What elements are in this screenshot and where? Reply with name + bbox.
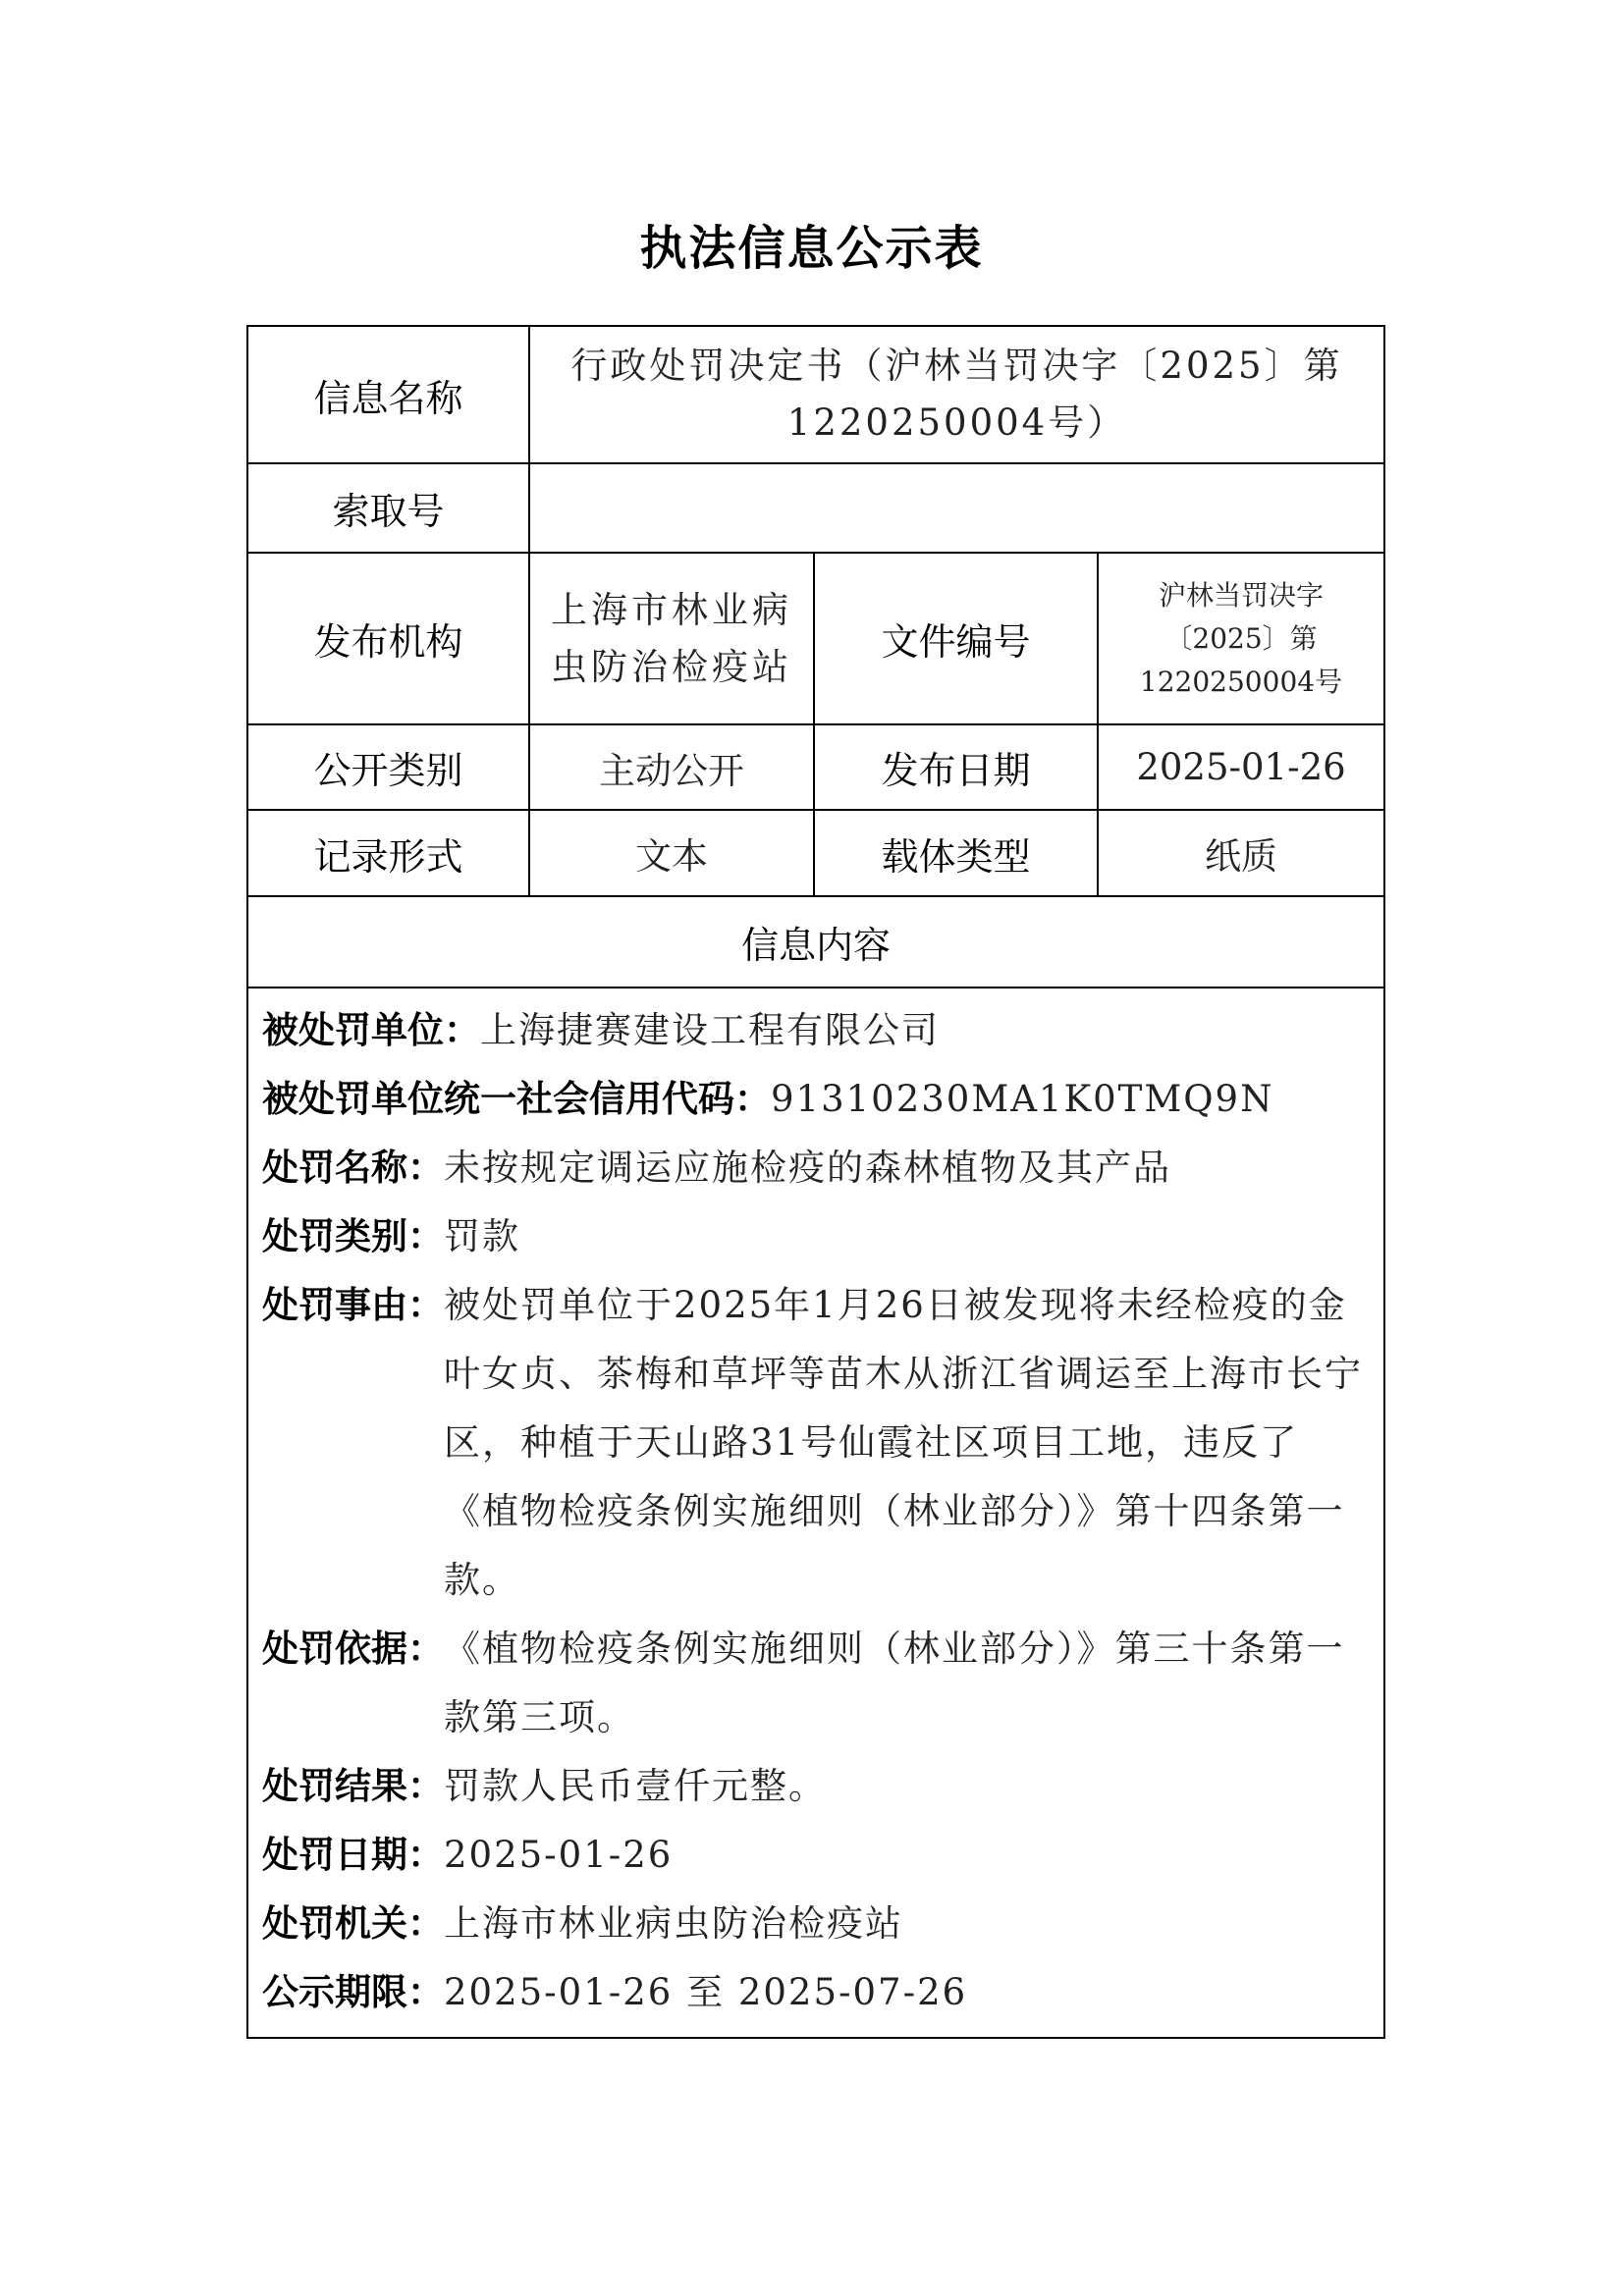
penalty-authority-value: 上海市林业病虫防治检疫站 [444, 1890, 903, 1958]
penalty-basis: 处罚依据： 《植物检疫条例实施细则（林业部分）》第三十条第一款第三项。 [262, 1615, 1370, 1752]
publicity-period-label: 公示期限： [262, 1958, 444, 2027]
penalty-category-value: 罚款 [444, 1202, 520, 1271]
penalty-date-label: 处罚日期： [262, 1821, 444, 1890]
record-form-label: 记录形式 [247, 810, 529, 896]
penalty-date: 处罚日期： 2025-01-26 [262, 1821, 1370, 1890]
file-no-label: 文件编号 [814, 553, 1098, 724]
penalty-result-label: 处罚结果： [262, 1752, 444, 1821]
penalized-entity: 被处罚单位： 上海捷赛建设工程有限公司 [262, 996, 1370, 1065]
publish-date-value: 2025-01-26 [1098, 724, 1384, 810]
record-form-value: 文本 [529, 810, 814, 896]
info-name-label: 信息名称 [247, 326, 529, 463]
row-index-no: 索取号 [247, 463, 1384, 553]
penalty-category: 处罚类别： 罚款 [262, 1202, 1370, 1271]
index-no-label: 索取号 [247, 463, 529, 553]
row-publisher: 发布机构 上海市林业病虫防治检疫站 文件编号 沪林当罚决字〔2025〕第1220… [247, 553, 1384, 724]
penalized-entity-value: 上海捷赛建设工程有限公司 [480, 996, 940, 1065]
content-header: 信息内容 [247, 896, 1384, 988]
disclosure-type-value: 主动公开 [529, 724, 814, 810]
row-record-form: 记录形式 文本 载体类型 纸质 [247, 810, 1384, 896]
penalty-reason: 处罚事由： 被处罚单位于2025年1月26日被发现将未经检疫的金叶女贞、茶梅和草… [262, 1271, 1370, 1615]
info-table: 信息名称 行政处罚决定书（沪林当罚决字〔2025〕第1220250004号） 索… [246, 325, 1385, 2039]
carrier-type-value: 纸质 [1098, 810, 1384, 896]
credit-code: 被处罚单位统一社会信用代码： 91310230MA1K0TMQ9N [262, 1065, 1370, 1134]
row-info-name: 信息名称 行政处罚决定书（沪林当罚决字〔2025〕第1220250004号） [247, 326, 1384, 463]
penalty-result: 处罚结果： 罚款人民币壹仟元整。 [262, 1752, 1370, 1821]
credit-code-label: 被处罚单位统一社会信用代码： [262, 1065, 771, 1134]
row-content: 被处罚单位： 上海捷赛建设工程有限公司 被处罚单位统一社会信用代码： 91310… [247, 988, 1384, 2038]
penalty-basis-label: 处罚依据： [262, 1615, 444, 1752]
index-no-value [529, 463, 1384, 553]
publisher-value: 上海市林业病虫防治检疫站 [529, 553, 814, 724]
penalty-result-value: 罚款人民币壹仟元整。 [444, 1752, 827, 1821]
publicity-period-value: 2025-01-26 至 2025-07-26 [444, 1958, 967, 2027]
credit-code-value: 91310230MA1K0TMQ9N [771, 1065, 1273, 1134]
row-content-header: 信息内容 [247, 896, 1384, 988]
penalty-name-label: 处罚名称： [262, 1134, 444, 1202]
penalty-date-value: 2025-01-26 [444, 1821, 673, 1890]
disclosure-type-label: 公开类别 [247, 724, 529, 810]
penalty-basis-value: 《植物检疫条例实施细则（林业部分）》第三十条第一款第三项。 [444, 1615, 1370, 1752]
carrier-type-label: 载体类型 [814, 810, 1098, 896]
penalized-entity-label: 被处罚单位： [262, 996, 480, 1065]
content-body: 被处罚单位： 上海捷赛建设工程有限公司 被处罚单位统一社会信用代码： 91310… [247, 988, 1384, 2038]
penalty-authority-label: 处罚机关： [262, 1890, 444, 1958]
penalty-name-value: 未按规定调运应施检疫的森林植物及其产品 [444, 1134, 1171, 1202]
publish-date-label: 发布日期 [814, 724, 1098, 810]
file-no-value: 沪林当罚决字〔2025〕第1220250004号 [1098, 553, 1384, 724]
document-title: 执法信息公示表 [0, 210, 1623, 278]
penalty-category-label: 处罚类别： [262, 1202, 444, 1271]
publicity-period: 公示期限： 2025-01-26 至 2025-07-26 [262, 1958, 1370, 2027]
penalty-reason-value: 被处罚单位于2025年1月26日被发现将未经检疫的金叶女贞、茶梅和草坪等苗木从浙… [444, 1271, 1370, 1615]
penalty-name: 处罚名称： 未按规定调运应施检疫的森林植物及其产品 [262, 1134, 1370, 1202]
penalty-reason-label: 处罚事由： [262, 1271, 444, 1615]
row-disclosure: 公开类别 主动公开 发布日期 2025-01-26 [247, 724, 1384, 810]
info-name-value: 行政处罚决定书（沪林当罚决字〔2025〕第1220250004号） [529, 326, 1384, 463]
penalty-authority: 处罚机关： 上海市林业病虫防治检疫站 [262, 1890, 1370, 1958]
publisher-label: 发布机构 [247, 553, 529, 724]
